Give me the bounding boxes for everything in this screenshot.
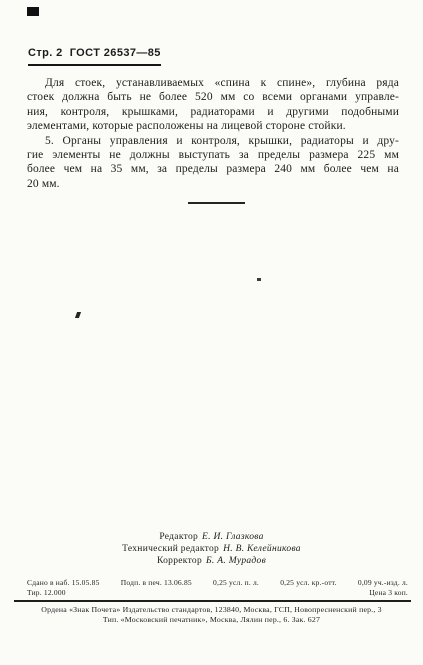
credit-line: Технический редакторН. В. Келейникова <box>0 543 423 555</box>
credit-name: Е. И. Глазкова <box>202 532 264 542</box>
body-line: Для стоек, устанавливаемых «спина к спин… <box>27 76 399 90</box>
section-divider <box>188 202 245 204</box>
header-underline <box>28 64 161 66</box>
credit-name: Н. В. Келейникова <box>223 544 301 554</box>
printer-line: Тип. «Московский печатник», Москва, Ляли… <box>0 615 423 624</box>
standard-code: ГОСТ 26537—85 <box>70 47 161 59</box>
page-corner-mark <box>27 7 39 16</box>
imprint-segment: 0,09 уч.-изд. л. <box>358 578 408 587</box>
body-line: ния, контроля, крышками, радиаторами и д… <box>27 105 399 119</box>
imprint-segment: Подп. в печ. 13.06.85 <box>121 578 192 587</box>
scanned-document-page: Стр. 2ГОСТ 26537—85 Для стоек, устанавли… <box>0 0 423 665</box>
credit-name: Б. А. Мурадов <box>206 556 266 566</box>
body-line: более чем на 35 мм, за пределы размера 2… <box>27 162 399 176</box>
imprint-rule <box>14 600 411 602</box>
body-line: элементами, которые расположены на лицев… <box>27 119 399 133</box>
credit-line: КорректорБ. А. Мурадов <box>0 555 423 567</box>
credit-role: Корректор <box>157 556 202 566</box>
credit-line: РедакторЕ. И. Глазкова <box>0 531 423 543</box>
imprint-segment: Сдано в наб. 15.05.85 <box>27 578 100 587</box>
credit-role: Технический редактор <box>122 544 219 554</box>
credit-role: Редактор <box>159 532 198 542</box>
credits-block: РедакторЕ. И. Глазкова Технический редак… <box>0 531 423 568</box>
imprint-segment: 0,25 усл. кр.-отт. <box>280 578 336 587</box>
body-text: Для стоек, устанавливаемых «спина к спин… <box>27 76 399 191</box>
print-run: Тир. 12.000 <box>27 588 66 597</box>
ink-speck <box>257 278 261 281</box>
imprint-segment: 0,25 усл. п. л. <box>213 578 259 587</box>
publisher-line: Ордена «Знак Почета» Издательство станда… <box>0 605 423 614</box>
body-line: 20 мм. <box>27 177 399 191</box>
page-header: Стр. 2ГОСТ 26537—85 <box>28 47 161 59</box>
body-line: стоек должна быть не более 520 мм со все… <box>27 90 399 104</box>
page-number-label: Стр. 2 <box>28 47 63 59</box>
imprint-row: Сдано в наб. 15.05.85 Подп. в печ. 13.06… <box>27 578 408 587</box>
ink-speck <box>75 312 81 318</box>
price-label: Цена 3 коп. <box>369 588 408 597</box>
imprint-row: Тир. 12.000 Цена 3 коп. <box>27 588 408 597</box>
body-line: гие элементы не должны выступать за пред… <box>27 148 399 162</box>
body-line: 5. Органы управления и контроля, крышки,… <box>27 134 399 148</box>
